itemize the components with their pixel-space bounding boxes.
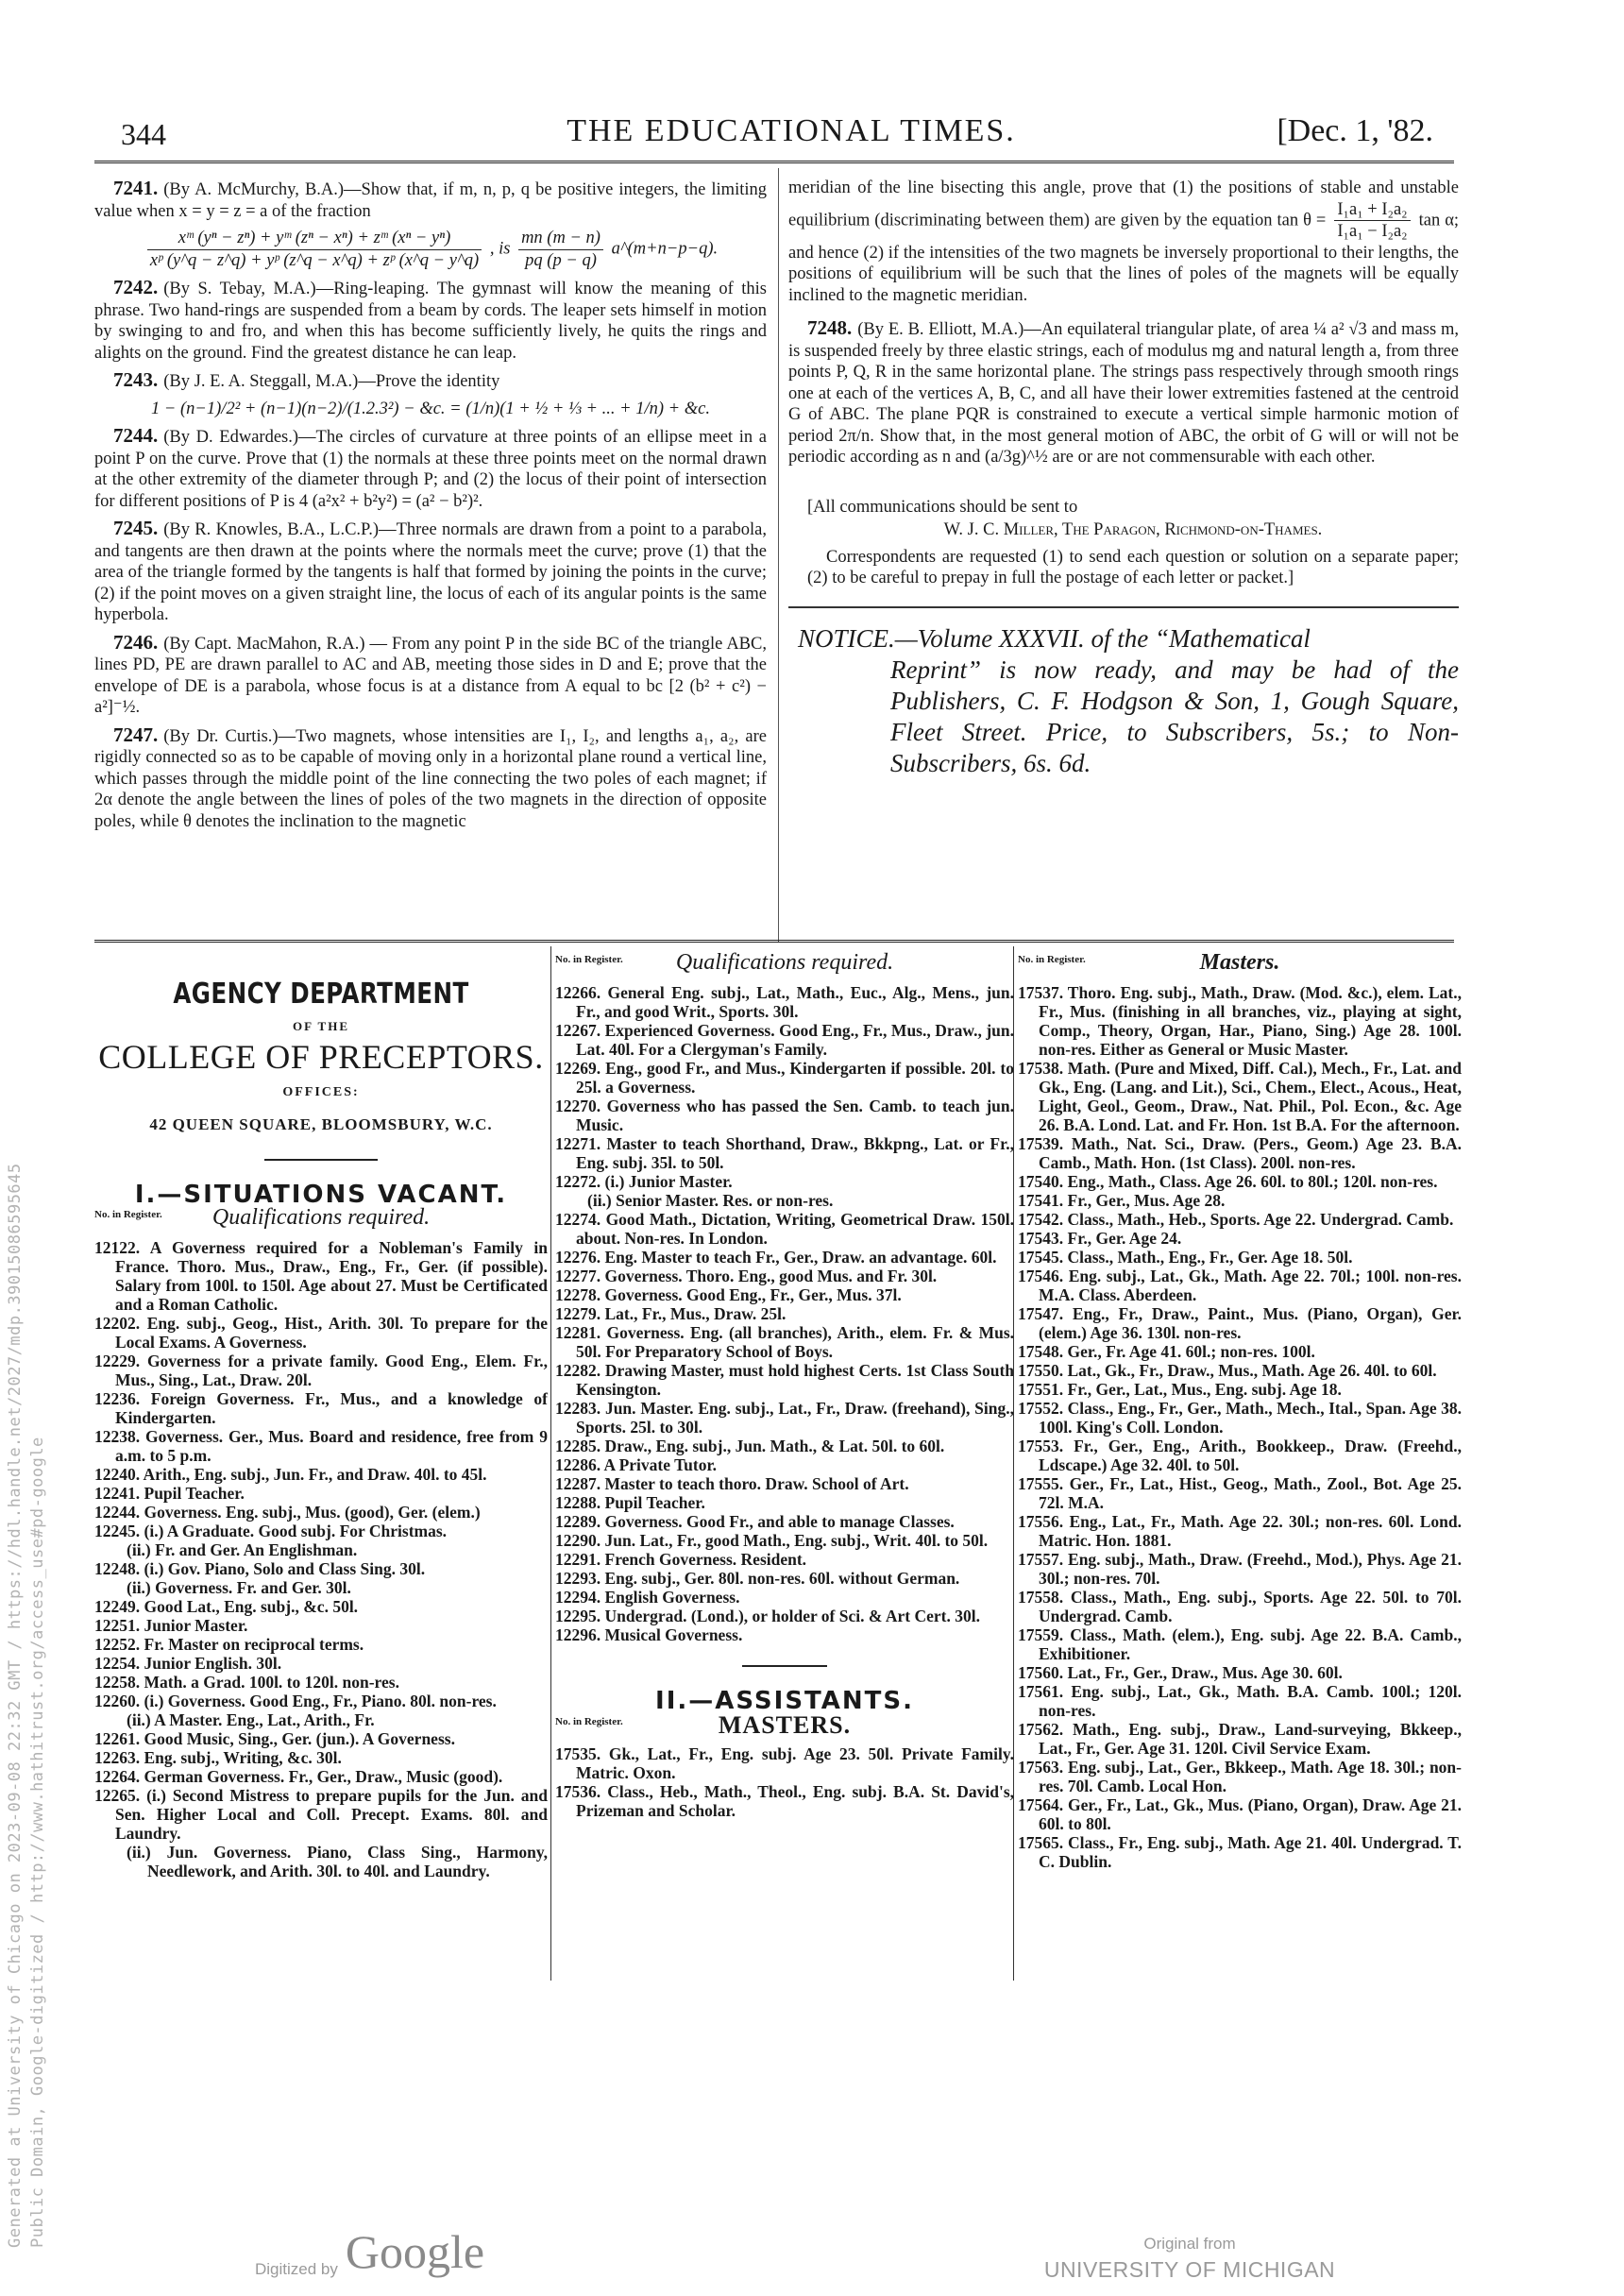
register-entry: 12279. Lat., Fr., Mus., Draw. 25l. [555,1304,1014,1323]
register-number: 12276. [555,1248,605,1267]
register-entry: 12245. (i.) A Graduate. Good subj. For C… [94,1522,548,1559]
masters-header: No. in Register. MASTERS. [555,1710,1014,1744]
register-entry: 12276. Eng. Master to teach Fr., Ger., D… [555,1248,1014,1267]
fraction-denominator: xᵖ (y^q − z^q) + yᵖ (z^q − x^q) + zᵖ (x^… [147,250,482,272]
problem-number: 7248. [807,316,852,339]
entry-text: Fr., Ger. Age 24. [1068,1229,1182,1248]
register-entry: 17561. Eng. subj., Lat., Gk., Math. B.A.… [1018,1682,1462,1720]
register-entry: 17557. Eng. subj., Math., Draw. (Freehd.… [1018,1550,1462,1588]
qualifications-label: Qualifications required. [94,1208,548,1227]
register-number: 17562. [1018,1720,1073,1739]
entry-text: Foreign Governess. Fr., Mus., and a know… [115,1389,548,1427]
register-number: 12293. [555,1569,605,1588]
fraction-denominator: pq (p − q) [518,250,603,272]
entry-text: Math., Eng. subj., Draw., Land-surveying… [1039,1720,1462,1758]
entry-text: General Eng. subj., Lat., Math., Euc., A… [576,983,1014,1021]
entry-text: Class., Math., Heb., Sports. Age 22. Und… [1068,1210,1454,1229]
entry-text: Eng. subj., Lat., Gk., Math. B.A. Camb. … [1039,1682,1462,1720]
problem-number: 7241. [113,177,158,199]
problem-text: (By Dr. Curtis.)—Two magnets, whose inte… [94,727,767,831]
offices-address: 42 QUEEN SQUARE, BLOOMSBURY, W.C. [94,1115,548,1134]
register-entry: 17563. Eng. subj., Lat., Ger., Bkkeep., … [1018,1758,1462,1795]
entry-text: Eng., Lat., Fr., Math. Age 22. 30l.; non… [1039,1512,1462,1550]
problem-number: 7244. [113,424,158,447]
register-number: 17548. [1018,1342,1068,1361]
register-number: 12269. [555,1059,605,1078]
register-entry: 12202. Eng. subj., Geog., Hist., Arith. … [94,1314,548,1352]
register-entry: 17540. Eng., Math., Class. Age 26. 60l. … [1018,1172,1462,1191]
digitized-by-label: Digitized by [255,2260,338,2278]
register-entry: 12252. Fr. Master on reciprocal terms. [94,1635,548,1654]
entry-text: Ger., Fr. Age 41. 60l.; non-res. 100l. [1068,1342,1315,1361]
entry-text: Class., Eng., Fr., Ger., Math., Mech., I… [1039,1399,1462,1437]
problem-text: (By A. McMurchy, B.A.)—Show that, if m, … [94,180,767,221]
page-header: 344 THE EDUCATIONAL TIMES. [Dec. 1, '82. [121,113,1462,161]
register-number: 17543. [1018,1229,1068,1248]
entry-text: Thoro. Eng. subj., Math., Draw. (Mod. &c… [1039,983,1462,1059]
register-entry: 17560. Lat., Fr., Ger., Draw., Mus. Age … [1018,1663,1462,1682]
register-entry: 17539. Math., Nat. Sci., Draw. (Pers., G… [1018,1134,1462,1172]
register-entry: 17562. Math., Eng. subj., Draw., Land-su… [1018,1720,1462,1758]
register-number: 17541. [1018,1191,1068,1210]
register-number: 12283. [555,1399,605,1418]
formula-7243: 1 − (n−1)/2² + (n−1)(n−2)/(1.2.3²) − &c.… [94,399,767,420]
register-entry: 12240. Arith., Eng. subj., Jun. Fr., and… [94,1465,548,1484]
entry-text: Ger., Fr., Lat., Hist., Geog., Math., Zo… [1039,1474,1462,1512]
entry-text: Fr., Ger., Mus. Age 28. [1068,1191,1226,1210]
entry-text: Jun. Master. Eng. subj., Lat., Fr., Draw… [576,1399,1014,1437]
problem-7248: 7248.(By E. B. Elliott, M.A.)—An equilat… [788,317,1459,468]
watermark-line-1: Generated at University of Chicago on 20… [6,1163,25,2248]
section-situations-vacant: I.—SITUATIONS VACANT. [94,1185,548,1204]
column-header: No. in Register. Qualifications required… [555,951,1014,983]
register-number: 17555. [1018,1474,1070,1493]
register-entry: 17542. Class., Math., Heb., Sports. Age … [1018,1210,1462,1229]
register-entry: 12236. Foreign Governess. Fr., Mus., and… [94,1389,548,1427]
original-from-label: Original from [1039,2235,1341,2253]
register-number: 12267. [555,1021,605,1040]
register-entry: 12122. A Governess required for a Noblem… [94,1238,548,1314]
entry-text: Governess. Thoro. Eng., good Mus. and Fr… [605,1267,938,1285]
entry-text: Governess. Ger., Mus. Board and residenc… [115,1427,548,1465]
entry-text: Draw., Eng. subj., Jun. Math., & Lat. 50… [605,1437,945,1455]
register-number: 17561. [1018,1682,1071,1701]
entry-text: French Governess. Resident. [605,1550,807,1569]
entry-sub-item: (ii.) Governess. Fr. and Ger. 30l. [115,1578,548,1597]
register-number: 12248. [94,1559,144,1578]
communications-intro: [All communications should be sent to [807,497,1459,519]
register-number: 17539. [1018,1134,1072,1153]
register-entry: 12293. Eng. subj., Ger. 80l. non-res. 60… [555,1569,1014,1588]
qualifications-label: Qualifications required. [555,953,1014,972]
register-entry: 17541. Fr., Ger., Mus. Age 28. [1018,1191,1462,1210]
register-number: 17558. [1018,1588,1071,1607]
entry-text: Eng., Fr., Draw., Paint., Mus. (Piano, O… [1039,1304,1462,1342]
register-number: 17557. [1018,1550,1068,1569]
problem-7245: 7245.(By R. Knowles, B.A., L.C.P.)—Three… [94,518,767,626]
register-number: 12270. [555,1097,607,1115]
entry-text: (i.) A Graduate. Good subj. For Christma… [144,1522,448,1540]
register-number: 17564. [1018,1795,1068,1814]
entry-text: A Governess required for a Nobleman's Fa… [115,1238,548,1314]
entry-text: Eng. Master to teach Fr., Ger., Draw. an… [605,1248,997,1267]
entry-text: Eng. subj., Lat., Ger., Bkkeep., Math. A… [1039,1758,1462,1795]
register-number: 12254. [94,1654,144,1673]
problem-7246: 7246.(By Capt. MacMahon, R.A.) — From an… [94,632,767,719]
header-rule [94,161,1454,165]
entry-text: Musical Governess. [605,1625,743,1644]
register-number: 12290. [555,1531,605,1550]
register-entry: 12296. Musical Governess. [555,1625,1014,1644]
register-number: 17550. [1018,1361,1068,1380]
register-number: 12260. [94,1692,144,1710]
entry-sub-item: (ii.) A Master. Eng., Lat., Arith., Fr. [115,1710,548,1729]
entry-text: (i.) Gov. Piano, Solo and Class Sing. 30… [144,1559,426,1578]
register-number: 12251. [94,1616,144,1635]
register-number: 12238. [94,1427,145,1446]
entry-text: Lat., Fr., Ger., Draw., Mus. Age 30. 60l… [1068,1663,1343,1682]
register-entry: 12274. Good Math., Dictation, Writing, G… [555,1210,1014,1248]
register-entry: 12251. Junior Master. [94,1616,548,1635]
register-entry: 12265. (i.) Second Mistress to prepare p… [94,1786,548,1880]
entry-text: Eng. subj., Lat., Gk., Math. Age 22. 70l… [1039,1267,1462,1304]
entry-text: German Governess. Fr., Ger., Draw., Musi… [144,1767,503,1786]
register-number: 12274. [555,1210,606,1229]
entry-text: Governess. Good Fr., and able to manage … [605,1512,955,1531]
register-entry: 12271. Master to teach Shorthand, Draw.,… [555,1134,1014,1172]
entry-text: Governess for a private family. Good Eng… [115,1352,548,1389]
register-number: 12261. [94,1729,144,1748]
formula-connector: , is [490,239,511,258]
entry-text: Master to teach Shorthand, Draw., Bkkpng… [576,1134,1014,1172]
entry-text: Math. (Pure and Mixed, Diff. Cal.), Mech… [1039,1059,1462,1134]
fraction-numerator: I₁a₁ + I₂a₂ [1334,199,1410,222]
register-number: 12277. [555,1267,605,1285]
agency-column-3: No. in Register. Masters. 17537. Thoro. … [1018,949,1462,1871]
register-number: 12122. [94,1238,150,1257]
register-entry: 12288. Pupil Teacher. [555,1493,1014,1512]
register-entry: 12249. Good Lat., Eng. subj., &c. 50l. [94,1597,548,1616]
fraction-rhs: mn (m − n) pq (p − q) [518,228,603,271]
register-entry: 12270. Governess who has passed the Sen.… [555,1097,1014,1134]
register-number: 17560. [1018,1663,1068,1682]
entry-text: Good Music, Sing., Ger. (jun.). A Govern… [144,1729,455,1748]
formula-7241: xᵐ (yⁿ − zⁿ) + yᵐ (zⁿ − xⁿ) + zᵐ (xⁿ − y… [94,228,767,271]
register-number: 12289. [555,1512,605,1531]
problems-column-right: meridian of the line bisecting this angl… [788,178,1459,779]
correspondents-note: Correspondents are requested (1) to send… [807,547,1459,589]
register-number: 17553. [1018,1437,1074,1455]
watermark-line-2: Public Domain, Google-digitized / http:/… [28,1437,47,2248]
register-number: 17559. [1018,1625,1070,1644]
masters-italic-label: Masters. [1018,953,1462,972]
register-number: 12202. [94,1314,147,1333]
register-entry: 17536. Class., Heb., Math., Theol., Eng.… [555,1782,1014,1820]
entry-sub-item: (ii.) Jun. Governess. Piano, Class Sing.… [115,1843,548,1880]
problem-7242: 7242.(By S. Tebay, M.A.)—Ring-leaping. T… [94,277,767,364]
entry-text: Math. a Grad. 100l. to 120l. non-res. [144,1673,399,1692]
register-number: 12229. [94,1352,147,1370]
register-number: 12286. [555,1455,604,1474]
agency-of-the: OF THE [94,1017,548,1036]
register-number: 17565. [1018,1833,1068,1852]
register-entry: 17546. Eng. subj., Lat., Gk., Math. Age … [1018,1267,1462,1304]
register-number: 12279. [555,1304,605,1323]
register-number: 12258. [94,1673,144,1692]
hathitrust-watermark: Generated at University of Chicago on 20… [0,944,57,2248]
register-entry: 17564. Ger., Fr., Lat., Gk., Mus. (Piano… [1018,1795,1462,1833]
problem-7243: 7243.(By J. E. A. Steggall, M.A.)—Prove … [94,369,767,393]
register-entry: 17543. Fr., Ger. Age 24. [1018,1229,1462,1248]
problem-text: (By D. Edwardes.)—The circles of curvatu… [94,428,767,511]
vacancies-list-2: 12266. General Eng. subj., Lat., Math., … [555,983,1014,1644]
problem-number: 7246. [113,631,158,654]
register-number: 17563. [1018,1758,1068,1777]
register-number: 17547. [1018,1304,1073,1323]
fraction-lhs: xᵐ (yⁿ − zⁿ) + yᵐ (zⁿ − xⁿ) + zᵐ (xⁿ − y… [147,228,482,271]
register-entry: 17548. Ger., Fr. Age 41. 60l.; non-res. … [1018,1342,1462,1361]
column-header: No. in Register. Masters. [1018,951,1462,983]
register-entry: 17559. Class., Math. (elem.), Eng. subj.… [1018,1625,1462,1663]
section-rule [788,606,1459,608]
entry-sub-item: (ii.) Senior Master. Res. or non-res. [576,1191,1014,1210]
entry-text: Good Lat., Eng. subj., &c. 50l. [144,1597,359,1616]
masters-list-2: 17537. Thoro. Eng. subj., Math., Draw. (… [1018,983,1462,1871]
register-entry: 12254. Junior English. 30l. [94,1654,548,1673]
register-label: No. in Register. [555,1716,623,1727]
register-number: 12263. [94,1748,144,1767]
entry-text: Class., Fr., Eng. subj., Math. Age 21. 4… [1039,1833,1462,1871]
entry-text: Math., Nat. Sci., Draw. (Pers., Geom.) A… [1039,1134,1462,1172]
register-entry: 17537. Thoro. Eng. subj., Math., Draw. (… [1018,983,1462,1059]
entry-text: Good Math., Dictation, Writing, Geometri… [576,1210,1014,1248]
entry-text: Jun. Lat., Fr., good Math., Eng. subj., … [605,1531,989,1550]
notice-first-line: NOTICE.—Volume XXXVII. of the “Mathemati… [798,623,1459,655]
register-entry: 12248. (i.) Gov. Piano, Solo and Class S… [94,1559,548,1597]
notice-body: Reprint” is now ready, and may be had of… [798,655,1459,779]
agency-section-rule [94,940,1454,944]
register-number: 12278. [555,1285,605,1304]
problem-text: (By E. B. Elliott, M.A.)—An equilateral … [788,320,1459,467]
register-number: 17546. [1018,1267,1069,1285]
register-number: 12249. [94,1597,144,1616]
masters-label: MASTERS. [555,1710,1014,1735]
entry-text: Junior Master. [144,1616,248,1635]
section-assistants: II.—ASSISTANTS. [555,1692,1014,1710]
problem-number: 7243. [113,368,158,391]
reprint-notice: NOTICE.—Volume XXXVII. of the “Mathemati… [788,623,1459,779]
register-entry: 12272. (i.) Junior Master.(ii.) Senior M… [555,1172,1014,1210]
register-number: 12265. [94,1786,146,1805]
entry-text: Fr., Ger., Lat., Mus., Eng. subj. Age 18… [1068,1380,1342,1399]
entry-text: Eng., Math., Class. Age 26. 60l. to 80l.… [1068,1172,1438,1191]
register-number: 12271. [555,1134,606,1153]
register-number: 12252. [94,1635,144,1654]
register-entry: 12263. Eng. subj., Writing, &c. 30l. [94,1748,548,1767]
register-number: 17551. [1018,1380,1068,1399]
register-entry: 12238. Governess. Ger., Mus. Board and r… [94,1427,548,1465]
short-rule [264,1159,378,1161]
entry-text: Eng. subj., Geog., Hist., Arith. 30l. To… [115,1314,548,1352]
problem-7244: 7244.(By D. Edwardes.)—The circles of cu… [94,425,767,512]
register-entry: 17538. Math. (Pure and Mixed, Diff. Cal.… [1018,1059,1462,1134]
register-number: 12288. [555,1493,605,1512]
register-entry: 12261. Good Music, Sing., Ger. (jun.). A… [94,1729,548,1748]
problem-number: 7242. [113,276,158,298]
entry-text: Class., Math., Eng. subj., Sports. Age 2… [1039,1588,1462,1625]
register-entry: 12287. Master to teach thoro. Draw. Scho… [555,1474,1014,1493]
entry-text: Junior English. 30l. [144,1654,282,1673]
register-entry: 17535. Gk., Lat., Fr., Eng. subj. Age 23… [555,1744,1014,1782]
register-entry: 17550. Lat., Gk., Fr., Draw., Mus., Math… [1018,1361,1462,1380]
register-entry: 17565. Class., Fr., Eng. subj., Math. Ag… [1018,1833,1462,1871]
agency-title: AGENCY DEPARTMENT [135,985,507,1004]
entry-text: Governess. Good Eng., Fr., Ger., Mus. 37… [605,1285,902,1304]
entry-text: Lat., Gk., Fr., Draw., Mus., Math. Age 2… [1068,1361,1437,1380]
entry-text: English Governess. [605,1588,740,1607]
entry-text: (i.) Governess. Good Eng., Fr., Piano. 8… [144,1692,497,1710]
register-entry: 12244. Governess. Eng. subj., Mus. (good… [94,1503,548,1522]
column-divider [550,946,551,1981]
register-number: 17537. [1018,983,1068,1002]
register-number: 12287. [555,1474,605,1493]
entry-text: Class., Math. (elem.), Eng. subj. Age 22… [1039,1625,1462,1663]
digitized-by-google: Digitized by Google [255,2224,484,2279]
entry-text: Ger., Fr., Lat., Gk., Mus. (Piano, Organ… [1039,1795,1462,1833]
register-number: 17535. [555,1744,609,1763]
entry-text: Arith., Eng. subj., Jun. Fr., and Draw. … [144,1465,487,1484]
institution-name: UNIVERSITY OF MICHIGAN [1039,2257,1341,2283]
fraction-denominator: I₁a₁ − I₂a₂ [1334,221,1410,243]
register-entry: 17551. Fr., Ger., Lat., Mus., Eng. subj.… [1018,1380,1462,1399]
register-number: 12296. [555,1625,605,1644]
register-entry: 12282. Drawing Master, must hold highest… [555,1361,1014,1399]
issue-date: [Dec. 1, '82. [1277,113,1433,149]
problem-7241: 7241.(By A. McMurchy, B.A.)—Show that, i… [94,178,767,222]
entry-text: Master to teach thoro. Draw. School of A… [605,1474,909,1493]
problem-number: 7245. [113,517,158,539]
register-entry: 12290. Jun. Lat., Fr., good Math., Eng. … [555,1531,1014,1550]
problem-text: (By S. Tebay, M.A.)—Ring-leaping. The gy… [94,280,767,363]
column-divider [1013,946,1014,1981]
register-entry: 12295. Undergrad. (Lond.), or holder of … [555,1607,1014,1625]
register-entry: 17552. Class., Eng., Fr., Ger., Math., M… [1018,1399,1462,1437]
entry-text: (i.) Junior Master. [605,1172,733,1191]
register-number: 17542. [1018,1210,1068,1229]
agency-column-1: AGENCY DEPARTMENT OF THE COLLEGE OF PREC… [94,949,548,1880]
problem-7247: 7247.(By Dr. Curtis.)—Two magnets, whose… [94,724,767,833]
entry-text: Eng., good Fr., and Mus., Kindergarten i… [576,1059,1014,1097]
masters-list-1: 17535. Gk., Lat., Fr., Eng. subj. Age 23… [555,1744,1014,1820]
register-number: 12281. [555,1323,607,1342]
register-number: 12285. [555,1437,605,1455]
problems-column-left: 7241.(By A. McMurchy, B.A.)—Show that, i… [94,178,767,838]
entry-text: Experienced Governess. Good Eng., Fr., M… [576,1021,1014,1059]
editor-address: W. J. C. Miller, The Paragon, Richmond-o… [807,519,1459,541]
register-number: 12241. [94,1484,144,1503]
entry-text: Eng. subj., Writing, &c. 30l. [144,1748,342,1767]
register-number: 12266. [555,983,608,1002]
journal-title: THE EDUCATIONAL TIMES. [121,113,1462,149]
register-entry: 12278. Governess. Good Eng., Fr., Ger., … [555,1285,1014,1304]
entry-text: Lat., Fr., Mus., Draw. 25l. [605,1304,787,1323]
register-entry: 12241. Pupil Teacher. [94,1484,548,1503]
column-divider [778,168,779,943]
register-number: 12264. [94,1767,144,1786]
entry-text: Eng. subj., Math., Draw. (Freehd., Mod.)… [1039,1550,1462,1588]
register-entry: 12281. Governess. Eng. (all branches), A… [555,1323,1014,1361]
register-entry: 17556. Eng., Lat., Fr., Math. Age 22. 30… [1018,1512,1462,1550]
entry-text: Governess who has passed the Sen. Camb. … [576,1097,1014,1134]
register-entry: 17545. Class., Math., Eng., Fr., Ger. Ag… [1018,1248,1462,1267]
register-number: 12294. [555,1588,605,1607]
college-name: COLLEGE OF PRECEPTORS. [94,1047,548,1066]
register-number: 17540. [1018,1172,1068,1191]
register-entry: 12266. General Eng. subj., Lat., Math., … [555,983,1014,1021]
register-entry: 12291. French Governess. Resident. [555,1550,1014,1569]
register-number: 17538. [1018,1059,1068,1078]
problem-text: (By R. Knowles, B.A., L.C.P.)—Three norm… [94,520,767,624]
entry-text: (i.) Second Mistress to prepare pupils f… [115,1786,548,1843]
fraction-numerator: xᵐ (yⁿ − zⁿ) + yᵐ (zⁿ − xⁿ) + zᵐ (xⁿ − y… [147,228,482,250]
entry-text: Class., Math., Eng., Fr., Ger. Age 18. 5… [1068,1248,1353,1267]
register-entry: 12289. Governess. Good Fr., and able to … [555,1512,1014,1531]
register-number: 12244. [94,1503,144,1522]
formula-tail: a^(m+n−p−q). [612,239,719,258]
register-number: 12240. [94,1465,144,1484]
entry-text: Drawing Master, must hold highest Certs.… [576,1361,1014,1399]
register-entry: 17553. Fr., Ger., Eng., Arith., Bookkeep… [1018,1437,1462,1474]
register-entry: 12267. Experienced Governess. Good Eng.,… [555,1021,1014,1059]
register-entry: 12229. Governess for a private family. G… [94,1352,548,1389]
register-number: 17545. [1018,1248,1068,1267]
register-number: 17552. [1018,1399,1068,1418]
problem-number: 7247. [113,723,158,746]
entry-text: Governess. Eng. subj., Mus. (good), Ger.… [144,1503,481,1522]
register-entry: 12294. English Governess. [555,1588,1014,1607]
register-number: 12245. [94,1522,144,1540]
register-number: 12295. [555,1607,605,1625]
problem-text: (By Capt. MacMahon, R.A.) — From any poi… [94,635,767,718]
communications-note: [All communications should be sent to W.… [807,497,1459,589]
register-number: 12272. [555,1172,605,1191]
entry-text: A Private Tutor. [604,1455,717,1474]
entry-sub-item: (ii.) Fr. and Ger. An Englishman. [115,1540,548,1559]
entry-text: Undergrad. (Lond.), or holder of Sci. & … [605,1607,980,1625]
entry-text: Gk., Lat., Fr., Eng. subj. Age 23. 50l. … [576,1744,1014,1782]
agency-column-2: No. in Register. Qualifications required… [555,949,1014,1820]
problem-7247-continued: meridian of the line bisecting this angl… [788,178,1459,306]
register-entry: 17555. Ger., Fr., Lat., Hist., Geog., Ma… [1018,1474,1462,1512]
register-entry: 12260. (i.) Governess. Good Eng., Fr., P… [94,1692,548,1729]
register-entry: 12286. A Private Tutor. [555,1455,1014,1474]
register-entry: 12258. Math. a Grad. 100l. to 120l. non-… [94,1673,548,1692]
register-number: 12236. [94,1389,151,1408]
register-entry: 17547. Eng., Fr., Draw., Paint., Mus. (P… [1018,1304,1462,1342]
register-entry: 12283. Jun. Master. Eng. subj., Lat., Fr… [555,1399,1014,1437]
vacancies-list-1: 12122. A Governess required for a Noblem… [94,1238,548,1880]
register-entry: 12285. Draw., Eng. subj., Jun. Math., & … [555,1437,1014,1455]
original-from: Original from UNIVERSITY OF MICHIGAN [1039,2235,1341,2283]
register-number: 12282. [555,1361,605,1380]
entry-text: Eng. subj., Ger. 80l. non-res. 60l. with… [605,1569,960,1588]
problem-text: (By J. E. A. Steggall, M.A.)—Prove the i… [163,372,499,391]
register-number: 17556. [1018,1512,1069,1531]
register-entry: 12269. Eng., good Fr., and Mus., Kinderg… [555,1059,1014,1097]
register-number: 17536. [555,1782,607,1801]
entry-text: Fr., Ger., Eng., Arith., Bookkeep., Draw… [1039,1437,1462,1474]
register-entry: 17558. Class., Math., Eng. subj., Sports… [1018,1588,1462,1625]
